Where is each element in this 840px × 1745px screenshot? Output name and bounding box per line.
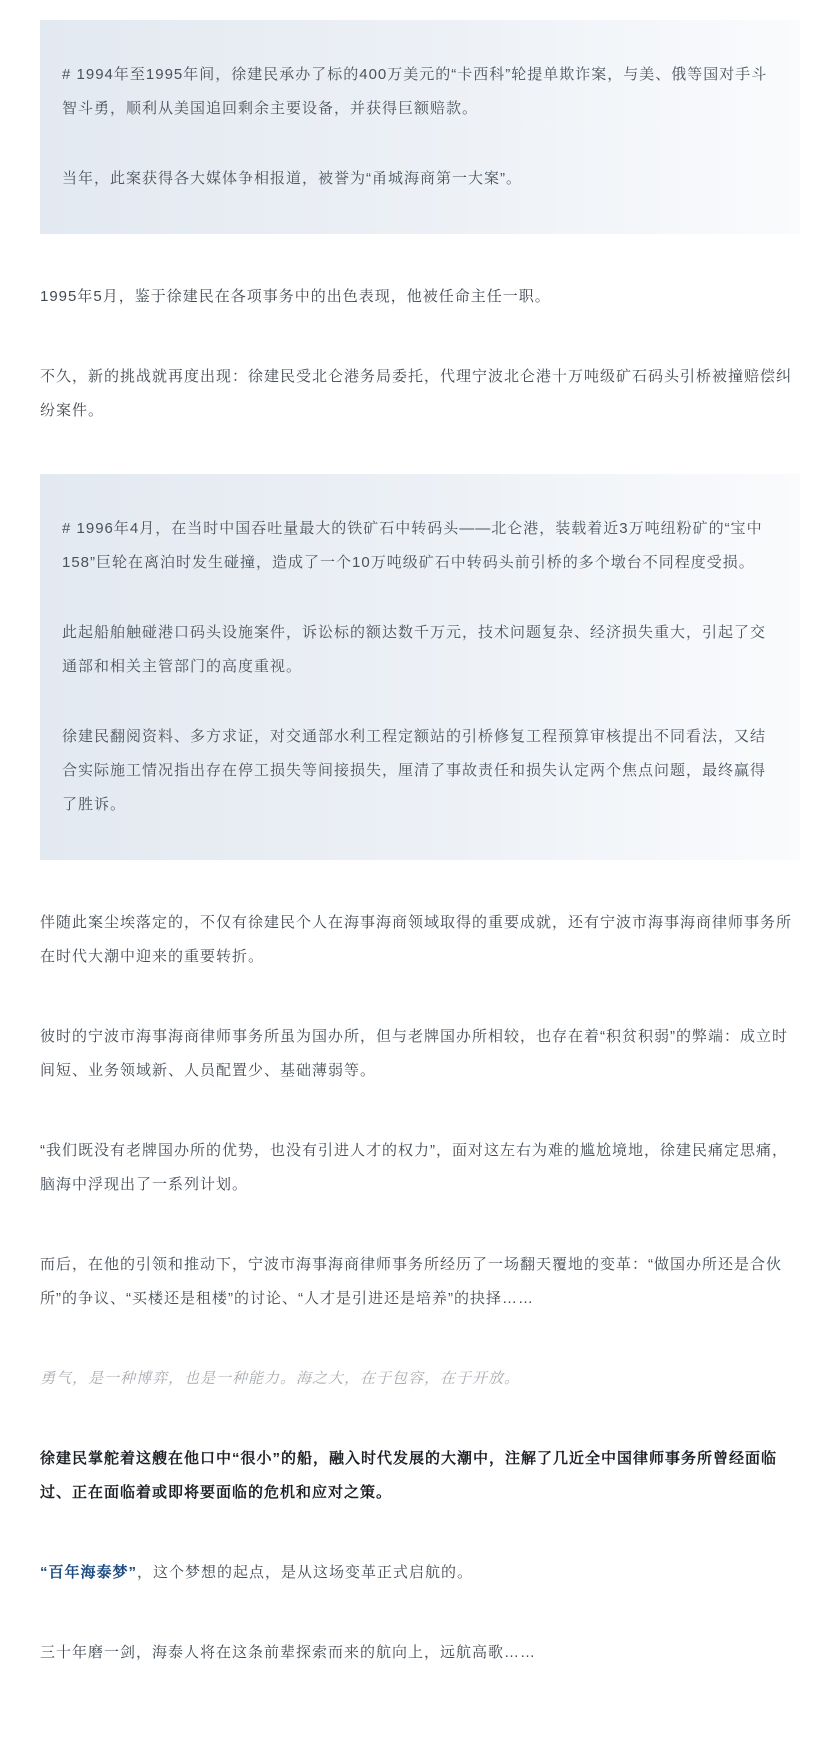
body-paragraph-weakness: 彼时的宁波市海事海商律师事务所虽为国办所，但与老牌国办所相较，也存在着“积贫积弱… xyxy=(40,1020,800,1088)
body-paragraph-turning-point: 伴随此案尘埃落定的，不仅有徐建民个人在海事海商领域取得的重要成就，还有宁波市海事… xyxy=(40,906,800,974)
body-paragraph-dream: “百年海泰梦”，这个梦想的起点，是从这场变革正式启航的。 xyxy=(40,1556,800,1590)
body-paragraph-dilemma: “我们既没有老牌国办所的优势，也没有引进人才的权力”，面对这左右为难的尴尬境地，… xyxy=(40,1134,800,1202)
quote-paragraph: 当年，此案获得各大媒体争相报道，被誉为“甬城海商第一大案”。 xyxy=(62,162,778,196)
quote-paragraph: 此起船舶触碰港口码头设施案件，诉讼标的额达数千万元，技术问题复杂、经济损失重大，… xyxy=(62,616,778,684)
quote-paragraph: 徐建民翻阅资料、多方求证，对交通部水利工程定额站的引桥修复工程预算审核提出不同看… xyxy=(62,720,778,822)
body-paragraph-reform: 而后，在他的引领和推动下，宁波市海事海商律师事务所经历了一场翻天覆地的变革：“做… xyxy=(40,1248,800,1316)
quote-block-casico-case: # 1994年至1995年间，徐建民承办了标的400万美元的“卡西科”轮提单欺诈… xyxy=(40,20,800,234)
body-paragraph-closing: 三十年磨一剑，海泰人将在这条前辈探索而来的航向上，远航高歌…… xyxy=(40,1636,800,1670)
article-page: # 1994年至1995年间，徐建民承办了标的400万美元的“卡西科”轮提单欺诈… xyxy=(0,0,840,1700)
quote-paragraph: # 1994年至1995年间，徐建民承办了标的400万美元的“卡西科”轮提单欺诈… xyxy=(62,58,778,126)
body-paragraph-appointment: 1995年5月，鉴于徐建民在各项事务中的出色表现，他被任命主任一职。 xyxy=(40,280,800,314)
dream-paragraph-rest: ，这个梦想的起点，是从这场变革正式启航的。 xyxy=(137,1564,473,1581)
italic-quote-courage: 勇气，是一种博弈，也是一种能力。海之大，在于包容，在于开放。 xyxy=(40,1362,800,1396)
quote-block-beilun-case: # 1996年4月，在当时中国吞吐量最大的铁矿石中转码头——北仑港，装载着近3万… xyxy=(40,474,800,860)
highlight-haitai-dream: “百年海泰梦” xyxy=(40,1564,137,1581)
body-paragraph-new-challenge: 不久，新的挑战就再度出现：徐建民受北仑港务局委托，代理宁波北仑港十万吨级矿石码头… xyxy=(40,360,800,428)
quote-paragraph: # 1996年4月，在当时中国吞吐量最大的铁矿石中转码头——北仑港，装载着近3万… xyxy=(62,512,778,580)
body-paragraph-bold-summary: 徐建民掌舵着这艘在他口中“很小”的船，融入时代发展的大潮中，注解了几近全中国律师… xyxy=(40,1442,800,1510)
